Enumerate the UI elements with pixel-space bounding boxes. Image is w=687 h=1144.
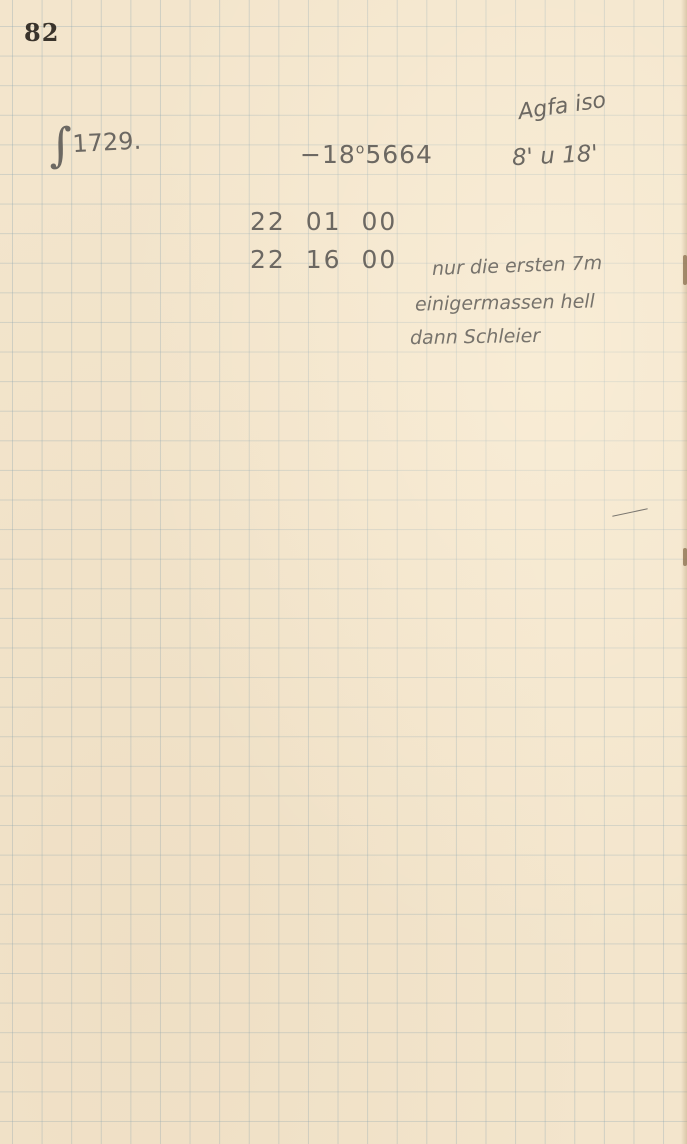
observation-note-line: nur die ersten 7m <box>432 252 603 280</box>
observation-note-line: einigermassen hell <box>415 290 595 315</box>
exposure-times: 8' u 18' <box>511 141 598 171</box>
edge-stain-mark <box>683 548 687 566</box>
observation-note-line: dann Schleier <box>410 325 540 349</box>
entry-id-text: 1729. <box>72 127 142 159</box>
stray-pencil-mark <box>612 508 647 516</box>
declination-degrees: −18 <box>300 140 356 169</box>
degree-symbol: o <box>356 142 366 158</box>
page-edge-shadow <box>681 0 687 1144</box>
time-entry-end: 22 16 00 <box>250 245 397 274</box>
entry-number: ∫1729. <box>47 106 142 165</box>
declination-value: −18o5664 <box>300 140 433 169</box>
time-entry-start: 22 01 00 <box>250 207 397 236</box>
page-number: 82 <box>24 18 59 47</box>
declination-minutes: 5664 <box>365 140 433 169</box>
plate-type: Agfa iso <box>517 88 608 125</box>
edge-stain-mark <box>683 255 687 285</box>
notebook-page: 82 ∫1729. Agfa iso −18o5664 8' u 18' 22 … <box>0 0 687 1144</box>
entry-hook-glyph: ∫ <box>47 117 74 172</box>
